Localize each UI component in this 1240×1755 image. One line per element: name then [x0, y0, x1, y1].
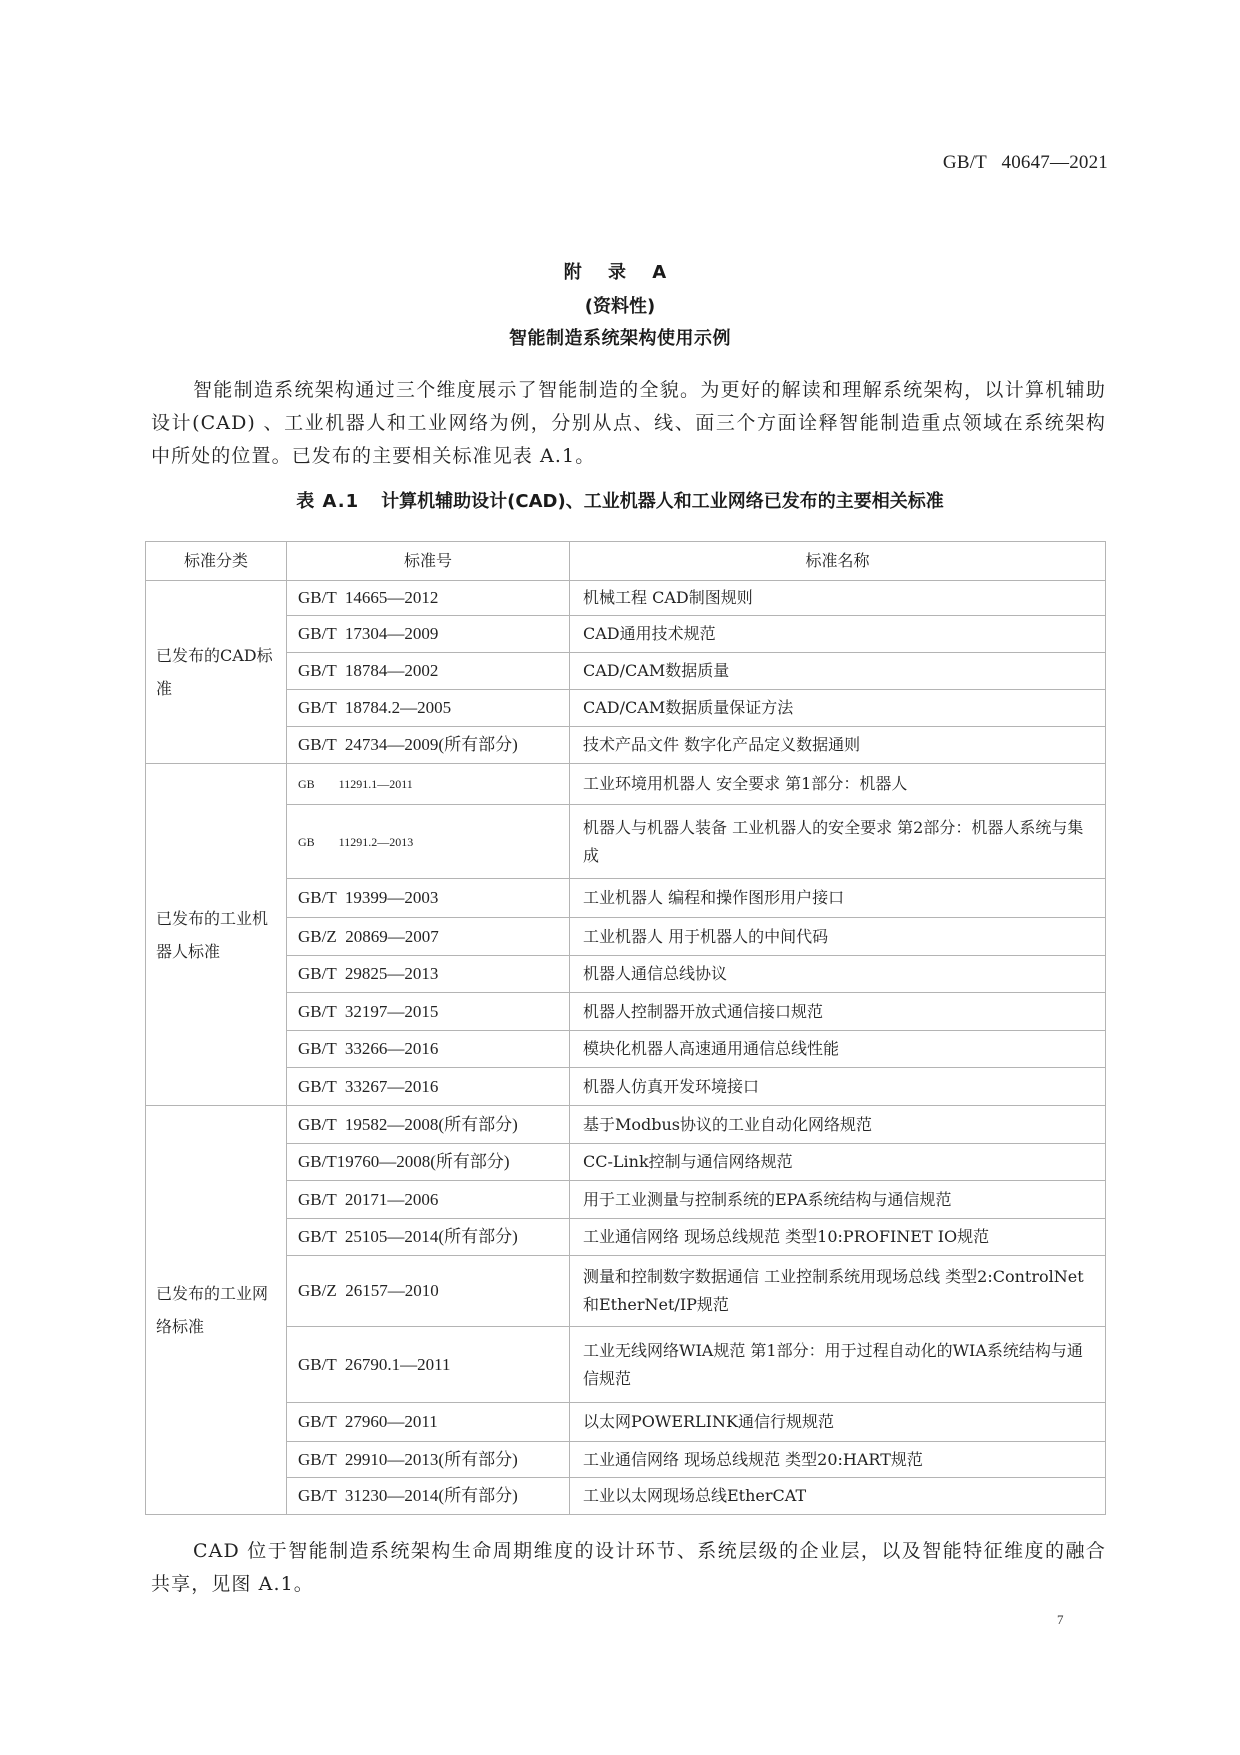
- standard-name-cell: 工业无线网络WIA规范 第1部分：用于过程自动化的WIA系统结构与通信规范: [570, 1327, 1106, 1403]
- standard-code-cell: GB/T 18784.2—2005: [287, 690, 570, 727]
- document-code: GB/T 40647—2021: [943, 152, 1108, 174]
- header-code: 标准号: [287, 542, 570, 581]
- standard-name-cell: 工业通信网络 现场总线规范 类型20:HART规范: [570, 1442, 1106, 1478]
- intro-paragraph: 智能制造系统架构通过三个维度展示了智能制造的全貌。为更好的解读和理解系统架构，以…: [151, 374, 1106, 473]
- standard-name-cell: CC-Link控制与通信网络规范: [570, 1144, 1106, 1181]
- standard-name-cell: 机器人仿真开发环境接口: [570, 1068, 1106, 1106]
- table-row: GB/Z 20869—2007工业机器人 用于机器人的中间代码: [146, 918, 1106, 956]
- table-row: GB/T 29910—2013(所有部分)工业通信网络 现场总线规范 类型20:…: [146, 1442, 1106, 1478]
- page-number: 7: [1057, 1612, 1064, 1628]
- table-row: GB/T 25105—2014(所有部分)工业通信网络 现场总线规范 类型10:…: [146, 1219, 1106, 1256]
- standard-code-cell: GB/T 29910—2013(所有部分): [287, 1442, 570, 1478]
- standard-name-cell: 工业机器人 用于机器人的中间代码: [570, 918, 1106, 956]
- standard-code-cell: GB 11291.1—2011: [287, 764, 570, 805]
- standards-table: 标准分类 标准号 标准名称 已发布的CAD标准GB/T 14665—2012机械…: [145, 541, 1106, 1515]
- standard-code-cell: GB/T 18784—2002: [287, 653, 570, 690]
- standard-code-cell: GB/Z 20869—2007: [287, 918, 570, 956]
- standard-name-cell: 工业环境用机器人 安全要求 第1部分：机器人: [570, 764, 1106, 805]
- appendix-nature: (资料性): [0, 292, 1240, 318]
- appendix-subtitle: 智能制造系统架构使用示例: [0, 324, 1240, 350]
- standard-code-cell: GB/T 25105—2014(所有部分): [287, 1219, 570, 1256]
- standard-name-cell: 技术产品文件 数字化产品定义数据通则: [570, 727, 1106, 764]
- standard-code-cell: GB/T19760—2008(所有部分): [287, 1144, 570, 1181]
- standard-code-cell: GB/T 19582—2008(所有部分): [287, 1106, 570, 1144]
- standard-code-cell: GB/Z 26157—2010: [287, 1256, 570, 1327]
- standard-code-cell: GB/T 26790.1—2011: [287, 1327, 570, 1403]
- standard-name-cell: CAD/CAM数据质量: [570, 653, 1106, 690]
- table-row: 已发布的工业网络标准GB/T 19582—2008(所有部分)基于Modbus协…: [146, 1106, 1106, 1144]
- table-row: GB/T 26790.1—2011工业无线网络WIA规范 第1部分：用于过程自动…: [146, 1327, 1106, 1403]
- standard-name-cell: 工业机器人 编程和操作图形用户接口: [570, 879, 1106, 918]
- standard-code-cell: GB/T 20171—2006: [287, 1181, 570, 1219]
- table-body: 已发布的CAD标准GB/T 14665—2012机械工程 CAD制图规则GB/T…: [146, 581, 1106, 1515]
- standard-code-cell: GB/T 17304—2009: [287, 616, 570, 653]
- standard-name-cell: 基于Modbus协议的工业自动化网络规范: [570, 1106, 1106, 1144]
- table-title: 计算机辅助设计(CAD)、工业机器人和工业网络已发布的主要相关标准: [381, 491, 944, 512]
- header-category: 标准分类: [146, 542, 287, 581]
- standard-name-cell: 以太网POWERLINK通信行规规范: [570, 1403, 1106, 1442]
- standard-name-cell: 工业以太网现场总线EtherCAT: [570, 1478, 1106, 1515]
- appendix-title: 附 录 A: [0, 258, 1240, 284]
- table-caption: 表 A.1计算机辅助设计(CAD)、工业机器人和工业网络已发布的主要相关标准: [0, 487, 1240, 513]
- standard-code-cell: GB/T 29825—2013: [287, 956, 570, 993]
- table-row: GB/T 20171—2006用于工业测量与控制系统的EPA系统结构与通信规范: [146, 1181, 1106, 1219]
- standard-name-cell: 机器人与机器人装备 工业机器人的安全要求 第2部分：机器人系统与集成: [570, 805, 1106, 879]
- table-row: GB/T 18784—2002CAD/CAM数据质量: [146, 653, 1106, 690]
- category-cell: 已发布的CAD标准: [146, 581, 287, 764]
- standard-code-cell: GB/T 33267—2016: [287, 1068, 570, 1106]
- table-row: GB/T19760—2008(所有部分)CC-Link控制与通信网络规范: [146, 1144, 1106, 1181]
- table-row: GB/T 33267—2016机器人仿真开发环境接口: [146, 1068, 1106, 1106]
- standard-code-cell: GB/T 33266—2016: [287, 1031, 570, 1068]
- table-row: GB/T 17304—2009CAD通用技术规范: [146, 616, 1106, 653]
- standard-name-cell: 机器人控制器开放式通信接口规范: [570, 993, 1106, 1031]
- closing-paragraph: CAD 位于智能制造系统架构生命周期维度的设计环节、系统层级的企业层，以及智能特…: [151, 1535, 1106, 1601]
- header-name: 标准名称: [570, 542, 1106, 581]
- table-row: GB/T 19399—2003工业机器人 编程和操作图形用户接口: [146, 879, 1106, 918]
- table-row: 已发布的CAD标准GB/T 14665—2012机械工程 CAD制图规则: [146, 581, 1106, 616]
- standard-name-cell: 机器人通信总线协议: [570, 956, 1106, 993]
- standard-code-cell: GB/T 19399—2003: [287, 879, 570, 918]
- table-row: GB/T 29825—2013机器人通信总线协议: [146, 956, 1106, 993]
- standard-code-cell: GB/T 31230—2014(所有部分): [287, 1478, 570, 1515]
- table-row: GB 11291.2—2013机器人与机器人装备 工业机器人的安全要求 第2部分…: [146, 805, 1106, 879]
- standard-name-cell: 机械工程 CAD制图规则: [570, 581, 1106, 616]
- table-row: GB/Z 26157—2010测量和控制数字数据通信 工业控制系统用现场总线 类…: [146, 1256, 1106, 1327]
- table-row: GB/T 24734—2009(所有部分)技术产品文件 数字化产品定义数据通则: [146, 727, 1106, 764]
- table-row: GB/T 18784.2—2005CAD/CAM数据质量保证方法: [146, 690, 1106, 727]
- standard-name-cell: 工业通信网络 现场总线规范 类型10:PROFINET IO规范: [570, 1219, 1106, 1256]
- standard-name-cell: 模块化机器人高速通用通信总线性能: [570, 1031, 1106, 1068]
- table-row: GB/T 31230—2014(所有部分)工业以太网现场总线EtherCAT: [146, 1478, 1106, 1515]
- standard-name-cell: CAD/CAM数据质量保证方法: [570, 690, 1106, 727]
- table-row: GB/T 27960—2011以太网POWERLINK通信行规规范: [146, 1403, 1106, 1442]
- standard-code-cell: GB 11291.2—2013: [287, 805, 570, 879]
- table-row: GB/T 32197—2015机器人控制器开放式通信接口规范: [146, 993, 1106, 1031]
- category-cell: 已发布的工业网络标准: [146, 1106, 287, 1515]
- standard-code-cell: GB/T 27960—2011: [287, 1403, 570, 1442]
- standard-code-cell: GB/T 32197—2015: [287, 993, 570, 1031]
- standard-name-cell: 测量和控制数字数据通信 工业控制系统用现场总线 类型2:ControlNet和E…: [570, 1256, 1106, 1327]
- table-row: 已发布的工业机器人标准GB 11291.1—2011工业环境用机器人 安全要求 …: [146, 764, 1106, 805]
- standard-code-cell: GB/T 24734—2009(所有部分): [287, 727, 570, 764]
- standard-name-cell: CAD通用技术规范: [570, 616, 1106, 653]
- category-cell: 已发布的工业机器人标准: [146, 764, 287, 1106]
- table-number: 表 A.1: [296, 491, 359, 512]
- table-header-row: 标准分类 标准号 标准名称: [146, 542, 1106, 581]
- standard-code-cell: GB/T 14665—2012: [287, 581, 570, 616]
- standard-name-cell: 用于工业测量与控制系统的EPA系统结构与通信规范: [570, 1181, 1106, 1219]
- table-row: GB/T 33266—2016模块化机器人高速通用通信总线性能: [146, 1031, 1106, 1068]
